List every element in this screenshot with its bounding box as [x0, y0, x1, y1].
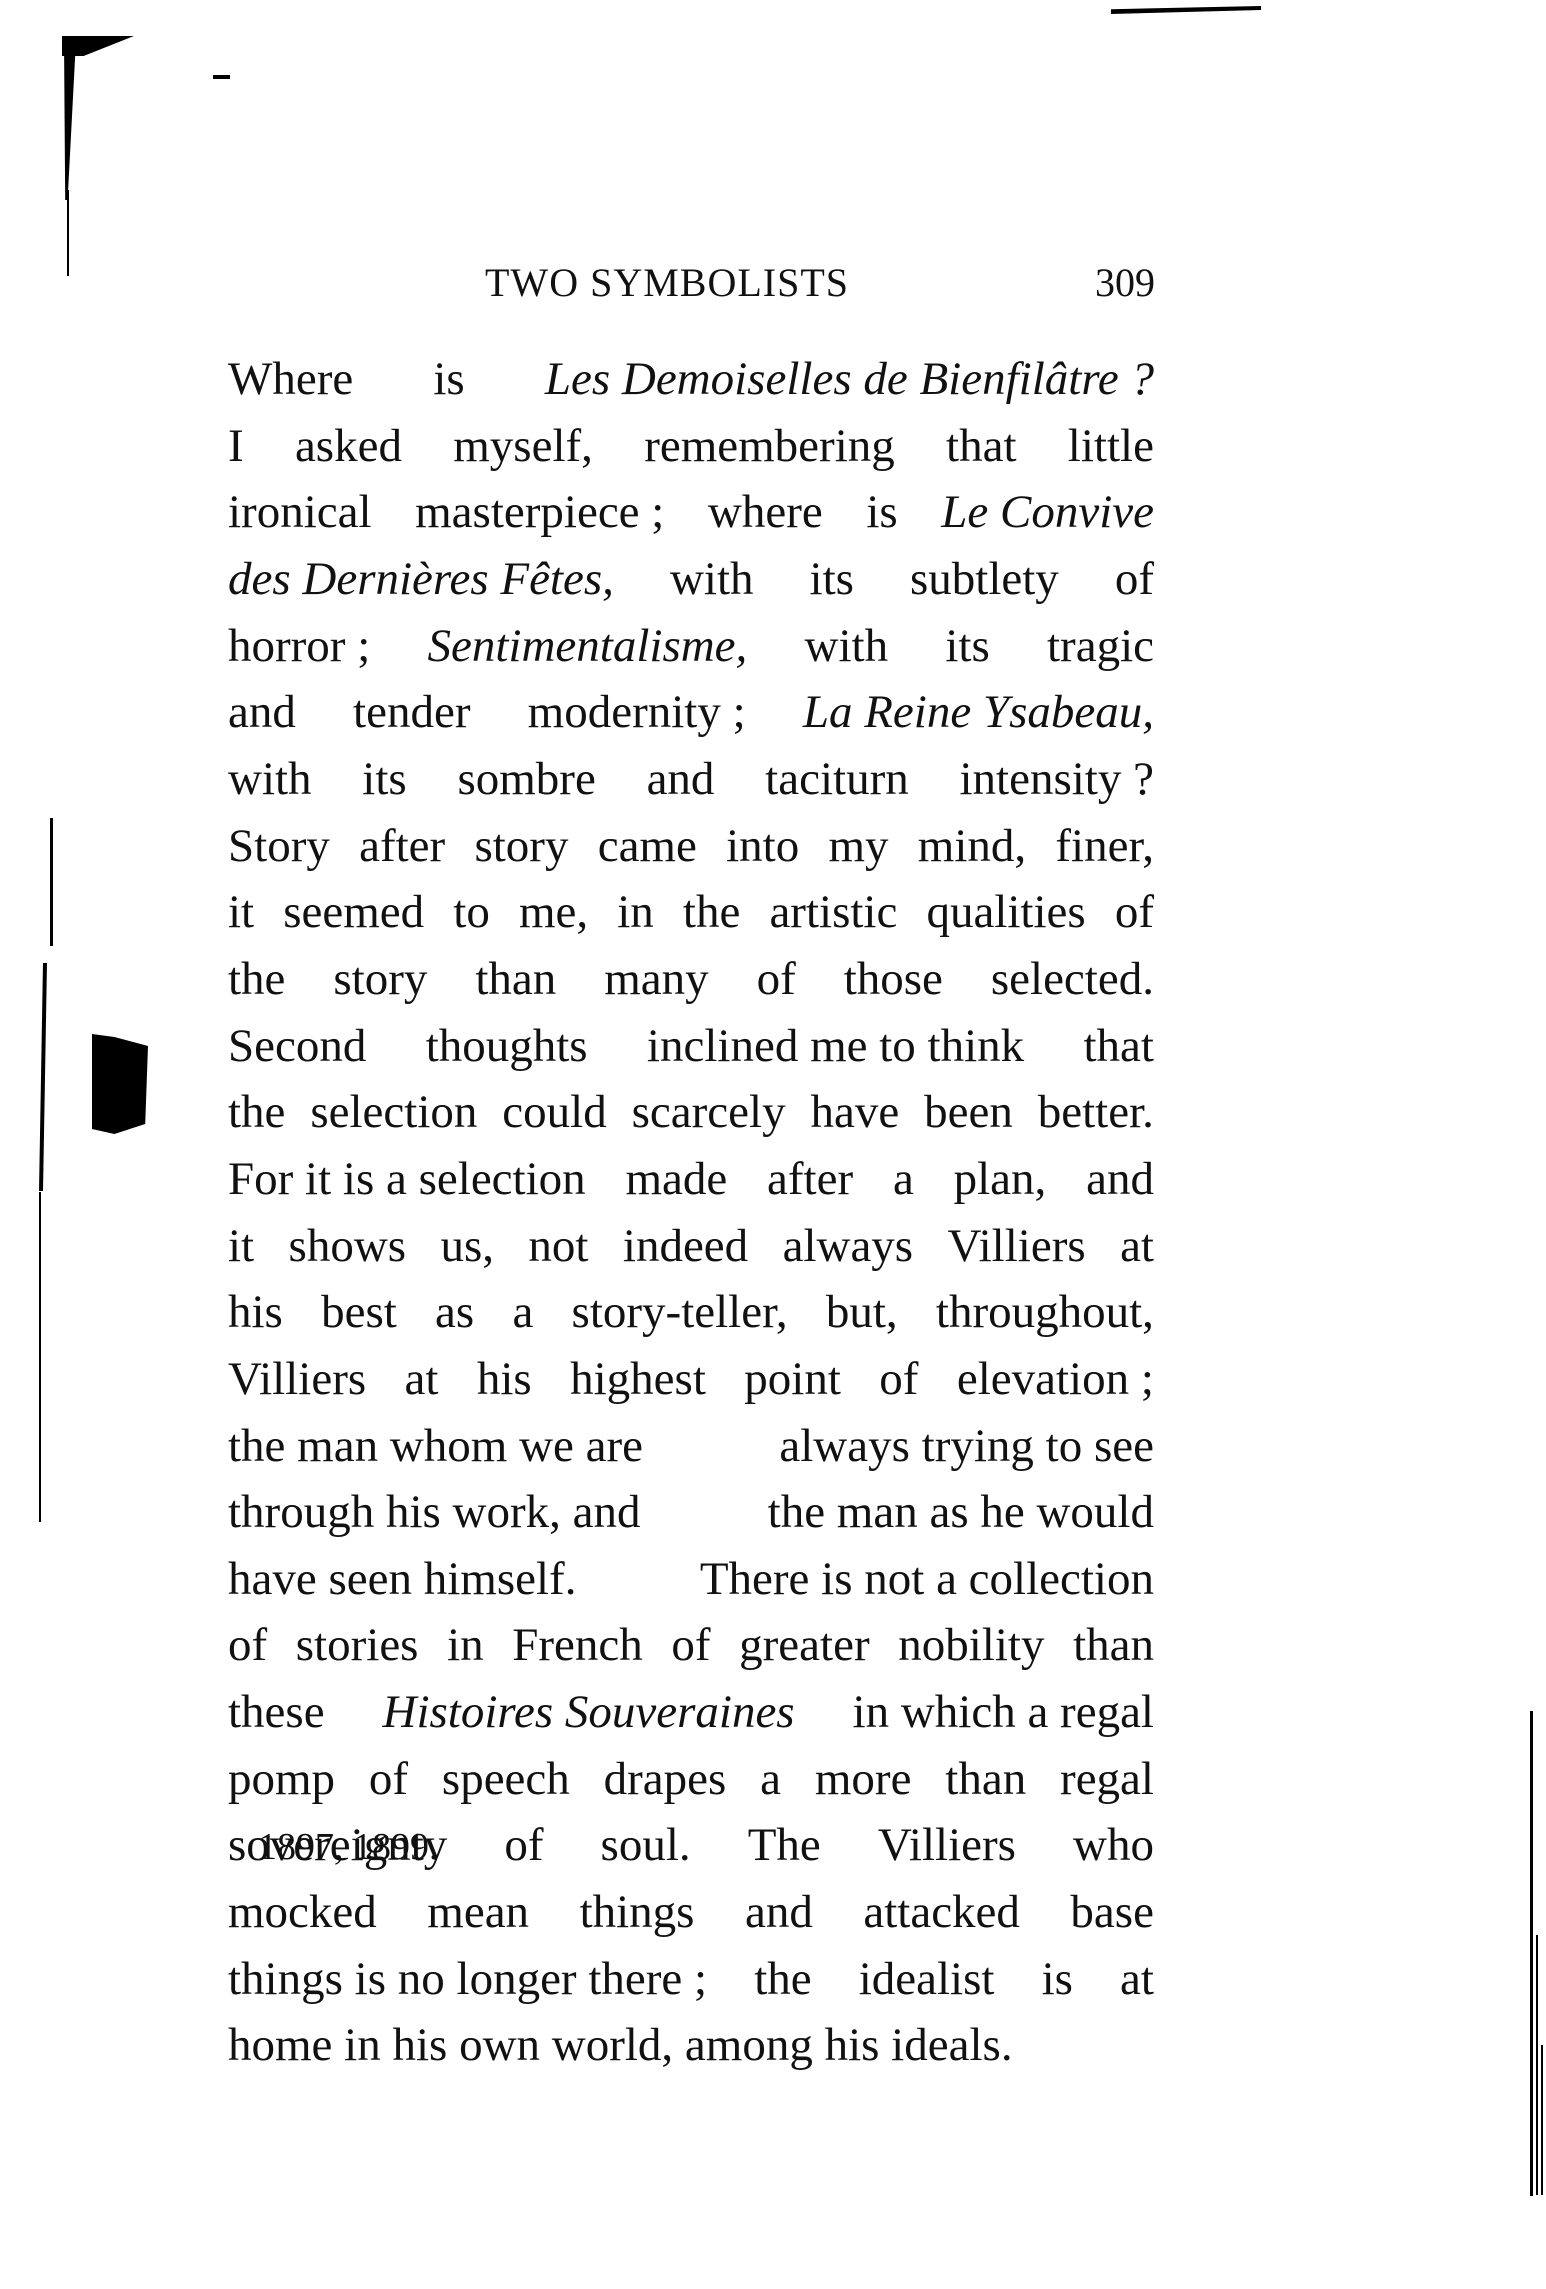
text-segment: that — [946, 413, 1016, 480]
scan-edge-line-top-left-thin — [67, 190, 69, 276]
text-word: into — [726, 813, 799, 880]
text-segment: and — [228, 679, 296, 746]
text-segment: For it is a selection — [228, 1146, 586, 1213]
text-segment: The — [748, 1812, 821, 1879]
text-segment: idealist — [859, 1946, 995, 2013]
text-segment: is — [1042, 1946, 1073, 2013]
text-segment: There is not a collection — [700, 1546, 1154, 1613]
text-segment: things — [580, 1879, 695, 1946]
text-word: nobility — [898, 1612, 1044, 1679]
text-segment: speech — [442, 1746, 570, 1813]
text-segment: point — [744, 1346, 841, 1413]
scan-edge-line-right-3 — [1541, 2045, 1543, 2195]
text-line: Secondthoughtsinclined me to thinkthat — [228, 1013, 1154, 1080]
text-word: Story — [228, 813, 330, 880]
italic-title-text: Histoires Souveraines — [383, 1679, 795, 1746]
text-segment: horror ; — [228, 613, 370, 680]
text-word: of — [1115, 879, 1154, 946]
text-segment: drapes — [604, 1746, 727, 1813]
text-segment: through his work, and — [228, 1479, 641, 1546]
text-word: qualities — [926, 879, 1085, 946]
text-segment: sombre — [457, 746, 595, 813]
text-word: French — [512, 1612, 643, 1679]
text-segment: its — [945, 613, 989, 680]
text-word: it — [228, 879, 254, 946]
text-word: stories — [296, 1612, 419, 1679]
text-segment: myself, — [453, 413, 593, 480]
italic-title-text: Les Demoiselles de Bienfilâtre ? — [545, 346, 1154, 413]
text-line: ofstoriesinFrenchofgreaternobilitythan — [228, 1612, 1154, 1679]
text-segment: a — [893, 1146, 914, 1213]
text-segment: many — [604, 946, 708, 1013]
text-segment: base — [1070, 1879, 1154, 1946]
text-segment: the man whom we are — [228, 1413, 643, 1480]
text-line: ironicalmasterpiece ;whereisLe Convive — [228, 479, 1154, 546]
text-line: horror ;Sentimentalisme,withitstragic — [228, 613, 1154, 680]
text-segment: us, — [440, 1213, 494, 1280]
text-word: finer, — [1055, 813, 1154, 880]
text-segment: Second — [228, 1013, 366, 1080]
text-segment: story — [333, 946, 427, 1013]
text-word: better. — [1038, 1079, 1154, 1146]
text-word: of — [228, 1612, 267, 1679]
text-line: hisbestasastory-teller,but,throughout, — [228, 1279, 1154, 1346]
text-segment: mocked — [228, 1879, 377, 1946]
text-segment: of — [757, 946, 796, 1013]
text-line: WhereisLes Demoiselles de Bienfilâtre ? — [228, 346, 1154, 413]
body-text: WhereisLes Demoiselles de Bienfilâtre ?I… — [228, 346, 1154, 2079]
text-segment: regal — [1060, 1746, 1154, 1813]
text-segment: pomp — [228, 1746, 335, 1813]
text-segment: his — [228, 1279, 283, 1346]
text-segment: selected. — [991, 946, 1154, 1013]
text-segment: made — [625, 1146, 727, 1213]
scan-edge-line-left-1 — [50, 818, 53, 946]
dateline: 1897, 1899. — [258, 1822, 439, 1872]
text-segment: those — [844, 946, 943, 1013]
text-segment: story-teller, — [572, 1279, 788, 1346]
scan-edge-line-left-2 — [39, 963, 47, 1191]
text-word: after — [359, 813, 445, 880]
text-line: theselectioncouldscarcelyhavebeenbetter. — [228, 1079, 1154, 1146]
text-segment: ironical — [228, 479, 372, 546]
scan-dash-mark — [213, 75, 230, 79]
text-segment: elevation ; — [957, 1346, 1154, 1413]
text-segment: soul. — [601, 1812, 691, 1879]
text-segment: have seen himself. — [228, 1546, 576, 1613]
text-word: selection — [310, 1079, 477, 1146]
text-line: Villiersathishighestpointofelevation ; — [228, 1346, 1154, 1413]
text-line: Iaskedmyself,rememberingthatlittle — [228, 413, 1154, 480]
text-segment: of — [1115, 546, 1154, 613]
scan-edge-mark-top-right — [1111, 6, 1261, 14]
text-word: seemed — [283, 879, 424, 946]
text-segment: than — [945, 1746, 1026, 1813]
text-segment: thoughts — [426, 1013, 588, 1080]
text-word: in — [447, 1612, 484, 1679]
text-segment: of — [504, 1812, 543, 1879]
text-word: my — [828, 813, 888, 880]
text-segment: tragic — [1047, 613, 1154, 680]
text-segment: who — [1073, 1812, 1154, 1879]
text-word: could — [502, 1079, 606, 1146]
italic-title-text: des Dernières Fêtes, — [228, 546, 614, 613]
text-segment: Where — [228, 346, 353, 413]
text-line: home in his own world, among his ideals. — [228, 2012, 1154, 2079]
text-segment: of — [369, 1746, 408, 1813]
text-segment: its — [362, 746, 406, 813]
text-segment: little — [1068, 413, 1154, 480]
text-line: through his work, andthe man as he would — [228, 1479, 1154, 1546]
text-segment: masterpiece ; — [415, 479, 664, 546]
text-segment: and — [647, 746, 715, 813]
text-segment: with — [228, 746, 312, 813]
text-segment: its — [810, 546, 854, 613]
text-line: things is no longer there ;theidealistis… — [228, 1946, 1154, 2013]
text-segment: Villiers — [948, 1213, 1086, 1280]
text-line: pompofspeechdrapesamorethanregal — [228, 1746, 1154, 1813]
text-segment: the man as he would — [768, 1479, 1154, 1546]
text-word: of — [671, 1612, 710, 1679]
text-segment: a — [512, 1279, 533, 1346]
scan-edge-line-right-2 — [1536, 1935, 1538, 2195]
text-word: greater — [739, 1612, 869, 1679]
scan-edge-line-right-1 — [1530, 1711, 1533, 2196]
text-segment: home in his own world, among his ideals. — [228, 2012, 1013, 2079]
text-line: itseemedtome,intheartisticqualitiesof — [228, 879, 1154, 946]
text-segment: the — [228, 946, 285, 1013]
text-word: to — [453, 879, 490, 946]
text-segment: I — [228, 413, 244, 480]
text-segment: inclined me to think — [647, 1013, 1024, 1080]
text-segment: asked — [295, 413, 402, 480]
italic-title-text: Sentimentalisme, — [428, 613, 748, 680]
text-segment: and — [1086, 1146, 1154, 1213]
text-word: mind, — [918, 813, 1026, 880]
text-segment: Villiers — [228, 1346, 366, 1413]
text-word: story — [474, 813, 568, 880]
scan-edge-line-left-3 — [39, 1192, 41, 1522]
text-segment: but, — [826, 1279, 898, 1346]
text-word: me, — [519, 879, 588, 946]
page-number: 309 — [1095, 258, 1155, 308]
text-word: the — [228, 1079, 285, 1146]
text-word: came — [598, 813, 697, 880]
text-segment: that — [1083, 1013, 1153, 1080]
italic-title-text: La Reine Ysabeau, — [803, 679, 1154, 746]
text-line: itshowsus,notindeedalwaysVilliersat — [228, 1213, 1154, 1280]
text-line: thestorythanmanyofthoseselected. — [228, 946, 1154, 1013]
text-word: scarcely — [632, 1079, 786, 1146]
text-segment: is — [433, 346, 464, 413]
text-line: mockedmeanthingsandattackedbase — [228, 1879, 1154, 1946]
text-segment: mean — [427, 1879, 529, 1946]
text-segment: attacked — [863, 1879, 1020, 1946]
text-segment: shows — [289, 1213, 407, 1280]
text-segment: it — [228, 1213, 254, 1280]
text-line: the man whom we arealways trying to see — [228, 1413, 1154, 1480]
text-segment: indeed — [623, 1213, 748, 1280]
text-segment: his — [477, 1346, 532, 1413]
text-segment: modernity ; — [528, 679, 746, 746]
text-word: been — [924, 1079, 1013, 1146]
text-word: in — [617, 879, 654, 946]
text-segment: taciturn — [765, 746, 909, 813]
text-word: than — [1073, 1612, 1154, 1679]
text-segment: highest — [570, 1346, 706, 1413]
text-word: have — [810, 1079, 899, 1146]
text-word: the — [683, 879, 740, 946]
text-segment: intensity ? — [959, 746, 1154, 813]
text-segment: these — [228, 1679, 325, 1746]
text-segment: with — [670, 546, 754, 613]
text-segment: things is no longer there ; — [228, 1946, 707, 2013]
text-segment: throughout, — [936, 1279, 1154, 1346]
text-line: For it is a selectionmadeafteraplan,and — [228, 1146, 1154, 1213]
scan-edge-line-top-left — [64, 40, 76, 200]
text-segment: Villiers — [878, 1812, 1016, 1879]
text-segment: subtlety — [910, 546, 1059, 613]
text-line: withitssombreandtaciturnintensity ? — [228, 746, 1154, 813]
text-segment: the — [754, 1946, 811, 2013]
text-line: des Dernières Fêtes,withitssubtletyof — [228, 546, 1154, 613]
text-segment: remembering — [644, 413, 895, 480]
text-segment: is — [866, 479, 897, 546]
text-segment: more — [815, 1746, 912, 1813]
text-segment: at — [1120, 1213, 1154, 1280]
text-word: artistic — [769, 879, 897, 946]
text-segment: than — [475, 946, 556, 1013]
text-line: theseHistoires Souverainesin which a reg… — [228, 1679, 1154, 1746]
text-segment: at — [405, 1346, 439, 1413]
text-segment: a — [760, 1746, 781, 1813]
text-segment: always — [783, 1213, 914, 1280]
text-segment: in which a regal — [853, 1679, 1154, 1746]
text-line: have seen himself.There is not a collect… — [228, 1546, 1154, 1613]
italic-title-text: Le Convive — [941, 479, 1154, 546]
running-head: TWO SYMBOLISTS 309 — [485, 258, 1155, 308]
running-head-title: TWO SYMBOLISTS — [485, 258, 849, 308]
text-segment: and — [745, 1879, 813, 1946]
text-segment: with — [805, 613, 889, 680]
scan-binding-mark-left — [92, 1034, 148, 1134]
text-segment: at — [1120, 1946, 1154, 2013]
text-segment: after — [767, 1146, 853, 1213]
text-segment: as — [435, 1279, 474, 1346]
text-segment: tender — [353, 679, 470, 746]
text-line: andtendermodernity ;La Reine Ysabeau, — [228, 679, 1154, 746]
text-segment: always trying to see — [779, 1413, 1154, 1480]
text-segment: where — [708, 479, 823, 546]
text-segment: best — [321, 1279, 397, 1346]
text-line: Storyafterstorycameintomymind,finer, — [228, 813, 1154, 880]
book-page: TWO SYMBOLISTS 309 WhereisLes Demoiselle… — [0, 0, 1546, 2289]
text-segment: not — [528, 1213, 588, 1280]
text-segment: plan, — [954, 1146, 1047, 1213]
text-segment: of — [879, 1346, 918, 1413]
